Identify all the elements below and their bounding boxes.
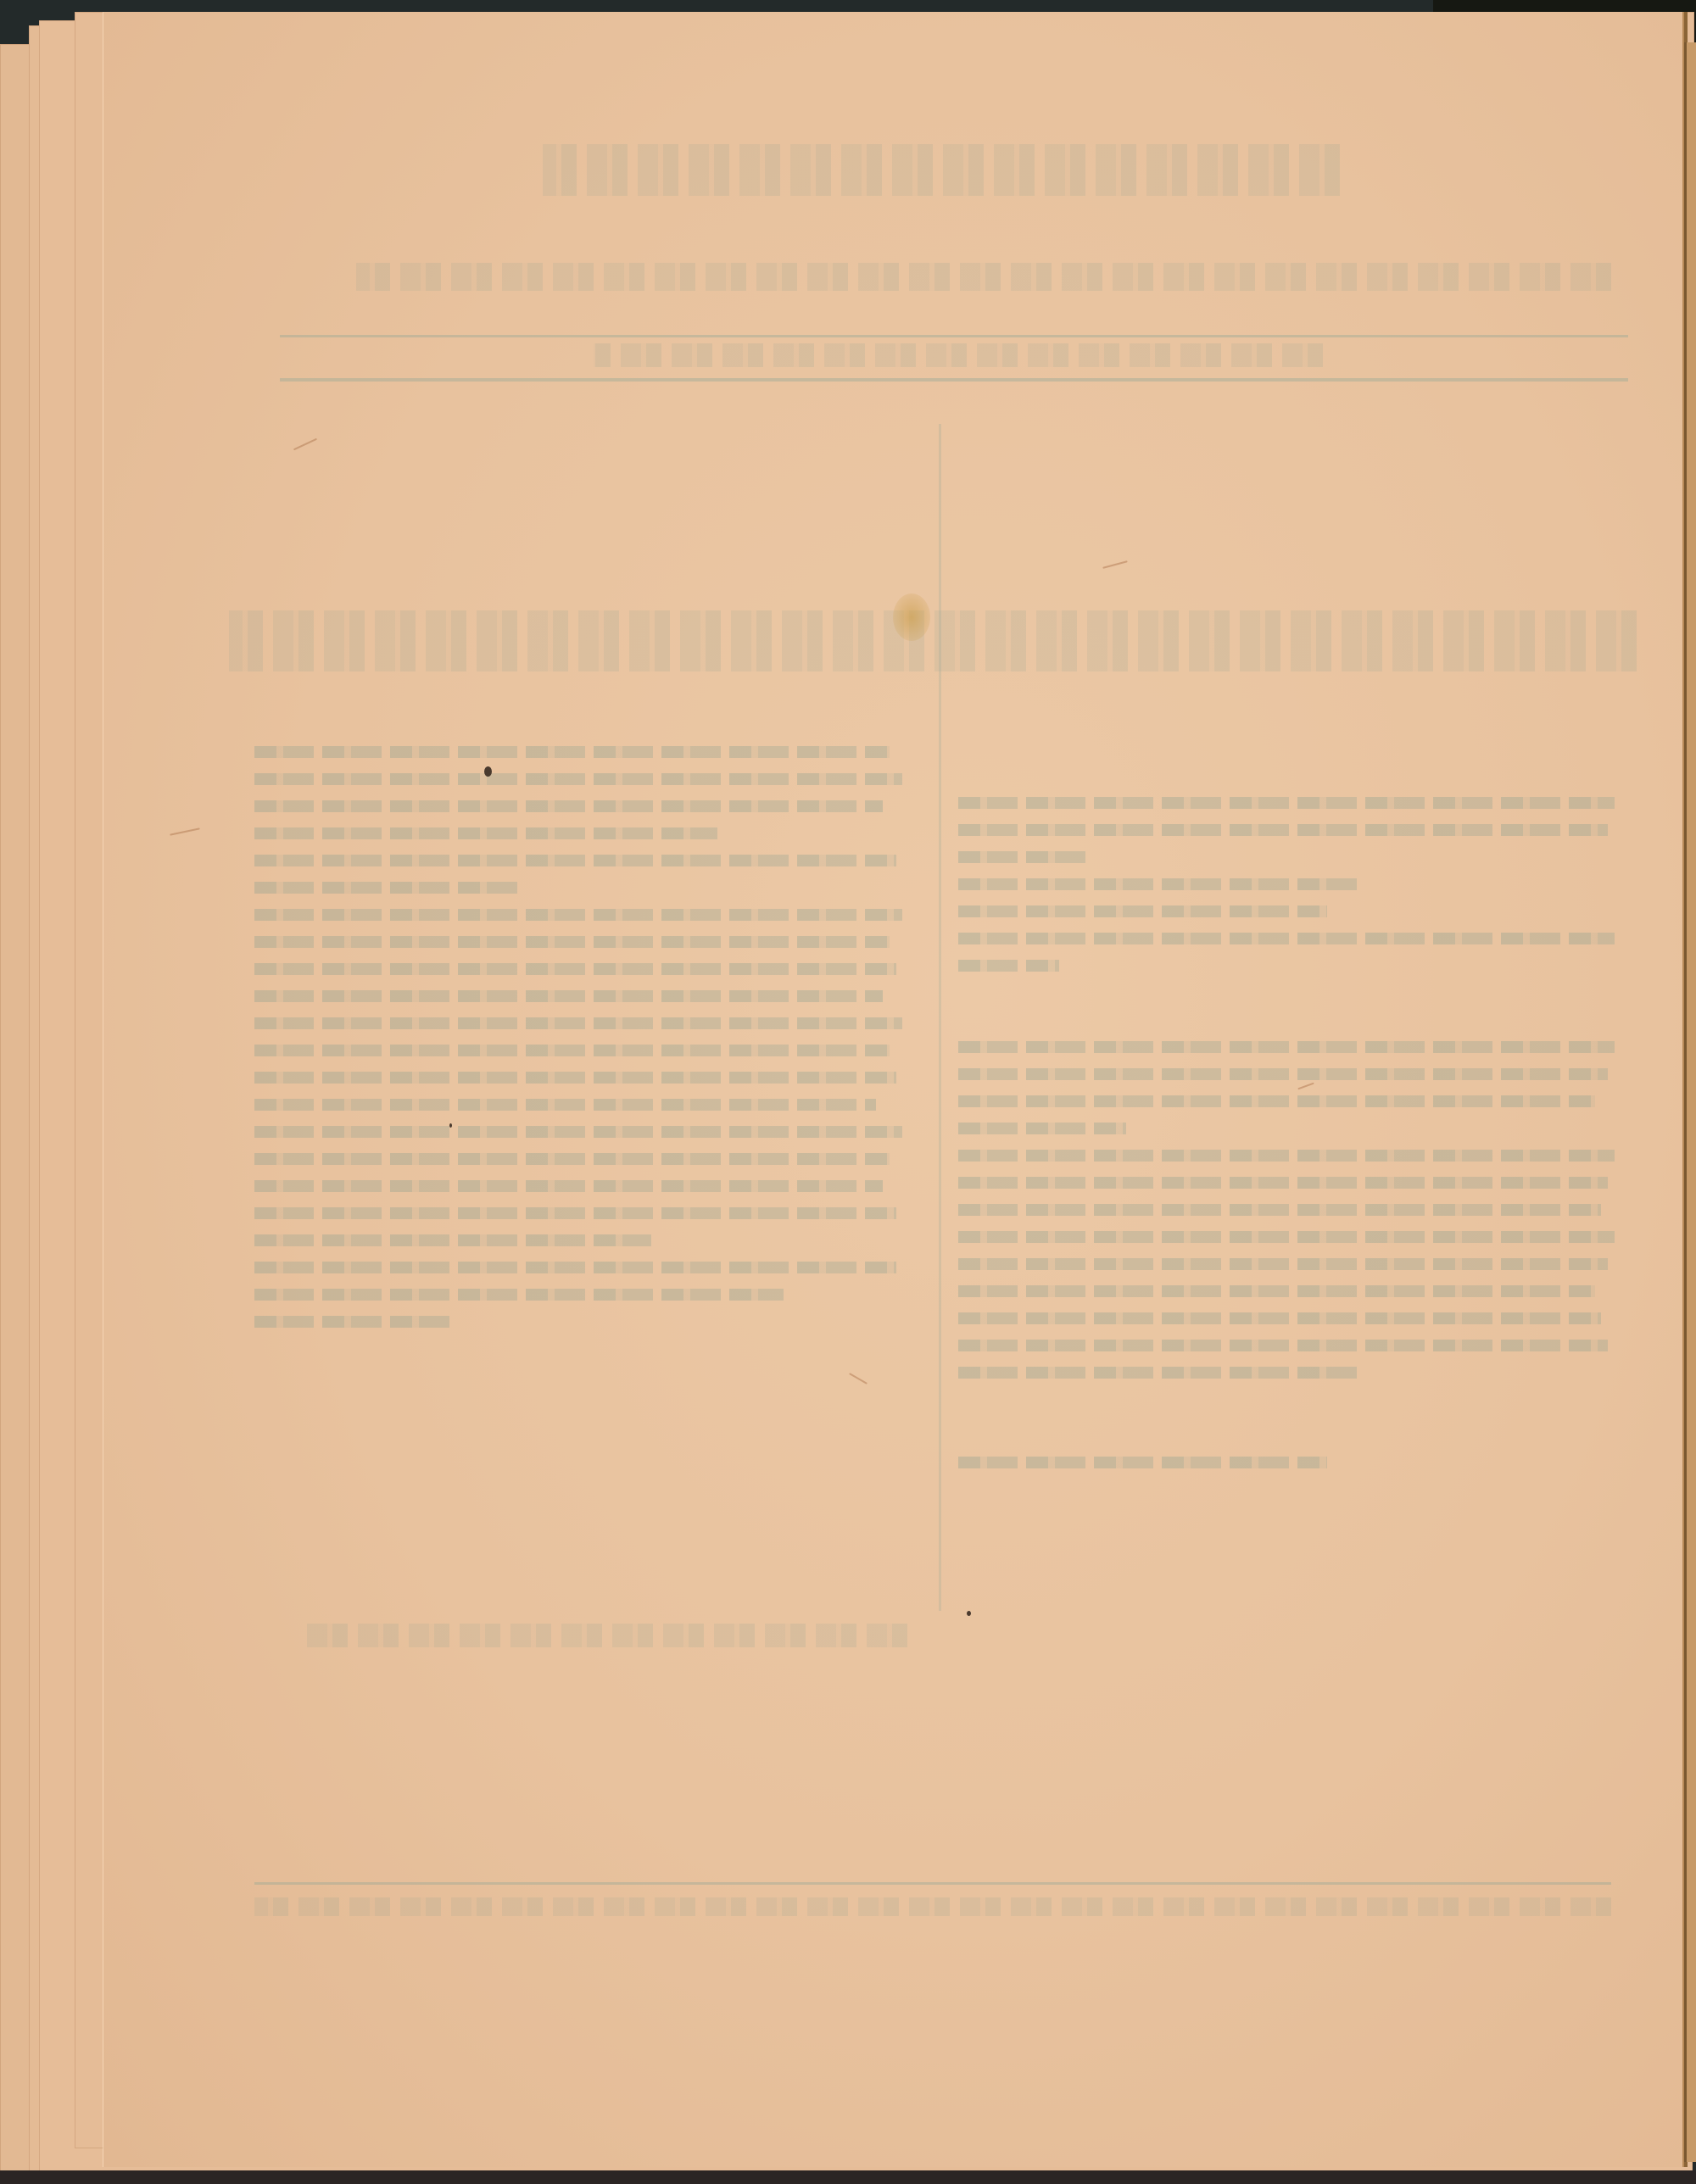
paper-speck <box>484 766 492 777</box>
ghost-masthead <box>543 144 1340 196</box>
ghost-subtitle <box>356 263 1611 291</box>
ghost-left-column-text <box>254 746 916 1343</box>
foxing-stain <box>893 593 930 641</box>
ghost-subheading <box>297 1624 907 1647</box>
ghost-headline <box>229 610 1637 671</box>
ghost-footer-imprint <box>254 1897 1611 1916</box>
ghost-column-divider <box>939 424 941 1611</box>
paper-speck <box>449 1123 452 1128</box>
paper-speck <box>967 1611 971 1616</box>
ghost-right-column-text <box>958 797 1628 1484</box>
ghost-rule-top <box>280 335 1628 337</box>
ghost-rule-masthead-bottom <box>280 378 1628 382</box>
ghost-footer-rule <box>254 1882 1611 1885</box>
page-stack-edge <box>1684 42 1696 2162</box>
scanner-background-bottom <box>0 2170 1696 2184</box>
ghost-dateline <box>594 343 1323 367</box>
